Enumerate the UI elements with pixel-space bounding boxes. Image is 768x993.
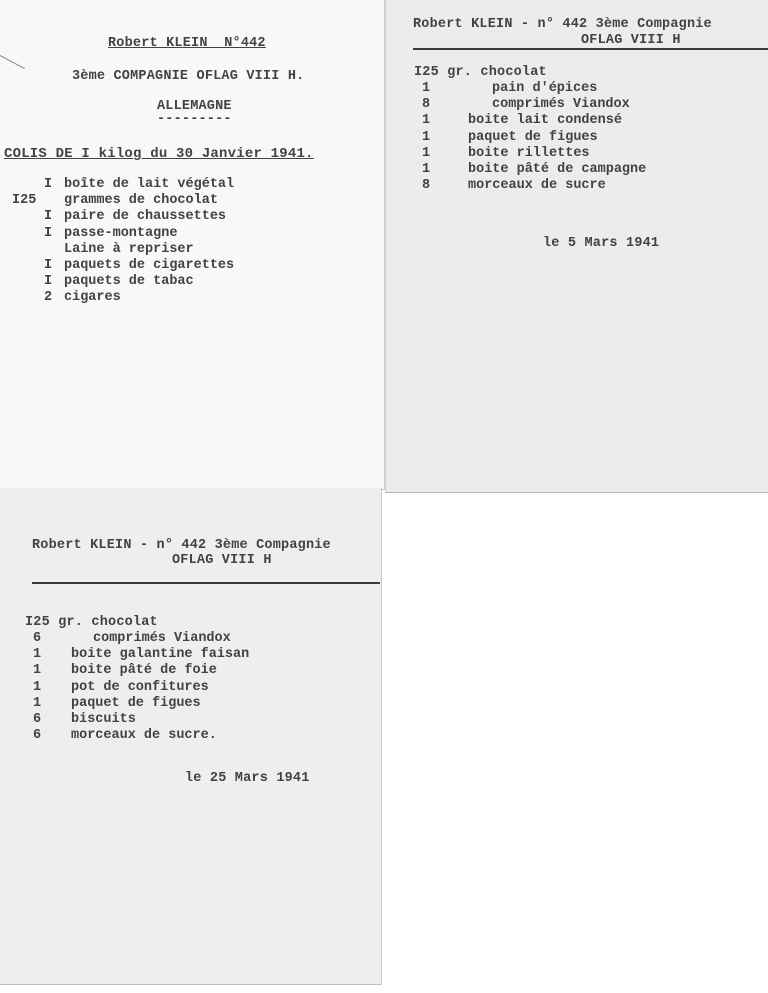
item-quantity: 1 xyxy=(422,81,430,96)
note3-date: le 25 Mars 1941 xyxy=(185,771,310,786)
item-description: boite pâté de foie xyxy=(71,663,217,678)
note2-header-rule xyxy=(413,48,768,50)
item-description: comprimés Viandox xyxy=(93,631,231,646)
item-description: cigares xyxy=(64,290,121,305)
note3-header-line1: Robert KLEIN - n° 442 3ème Compagnie xyxy=(32,538,331,553)
item-quantity: 1 xyxy=(422,146,430,161)
note1-header-company: 3ème COMPAGNIE OFLAG VIII H. xyxy=(72,69,304,84)
note2-first-line: I25 gr. chocolat xyxy=(414,65,547,80)
item-quantity: I xyxy=(44,274,52,289)
list-item: 8comprimés Viandox xyxy=(414,97,754,113)
item-description: boîte de lait végétal xyxy=(64,177,234,192)
item-description: Laine à repriser xyxy=(64,242,194,257)
note3-first-line: I25 gr. chocolat xyxy=(25,615,158,630)
item-quantity: 1 xyxy=(422,162,430,177)
note1-parcel-title: COLIS DE I kilog du 30 Janvier 1941. xyxy=(4,146,314,162)
item-quantity: I xyxy=(44,177,52,192)
item-description: passe-montagne xyxy=(64,226,177,241)
item-quantity: 1 xyxy=(33,663,41,678)
item-description: boite rillettes xyxy=(468,146,590,161)
item-quantity: I xyxy=(44,258,52,273)
item-quantity: 1 xyxy=(422,130,430,145)
item-quantity: I xyxy=(44,209,52,224)
item-quantity: 6 xyxy=(33,712,41,727)
item-quantity: 1 xyxy=(33,680,41,695)
item-description: comprimés Viandox xyxy=(492,97,630,112)
item-quantity: 1 xyxy=(33,696,41,711)
item-description: morceaux de sucre. xyxy=(71,728,217,743)
item-quantity: 6 xyxy=(33,631,41,646)
list-item: 6biscuits xyxy=(25,712,365,728)
note2-header-line1: Robert KLEIN - n° 442 3ème Compagnie xyxy=(413,17,712,32)
note1-item-list: Iboîte de lait végétalI25grammes de choc… xyxy=(12,177,372,307)
item-quantity: I25 xyxy=(12,193,36,208)
list-item: Iboîte de lait végétal xyxy=(12,177,372,193)
item-description: paquets de cigarettes xyxy=(64,258,234,273)
item-description: grammes de chocolat xyxy=(64,193,218,208)
list-item: Ipaquets de cigarettes xyxy=(12,258,372,274)
item-quantity: 8 xyxy=(422,178,430,193)
list-item: 1paquet de figues xyxy=(25,696,365,712)
item-quantity: 8 xyxy=(422,97,430,112)
list-item: 1boite lait condensé xyxy=(414,113,754,129)
list-item: 2cigares xyxy=(12,290,372,306)
list-item: 1boite pâté de foie xyxy=(25,663,365,679)
item-description: paquets de tabac xyxy=(64,274,194,289)
list-item: Ipaire de chaussettes xyxy=(12,209,372,225)
item-quantity: I xyxy=(44,226,52,241)
list-item: 1pot de confitures xyxy=(25,680,365,696)
note2-date: le 5 Mars 1941 xyxy=(543,236,659,251)
list-item: 1pain d'épices xyxy=(414,81,754,97)
item-description: pain d'épices xyxy=(492,81,597,96)
item-quantity: 1 xyxy=(33,647,41,662)
item-description: paquet de figues xyxy=(468,130,598,145)
item-description: boite galantine faisan xyxy=(71,647,249,662)
note-paper-25-mars: Robert KLEIN - n° 442 3ème Compagnie OFL… xyxy=(0,488,382,985)
item-quantity: 6 xyxy=(33,728,41,743)
item-description: boite lait condensé xyxy=(468,113,622,128)
list-item: 1boite pâté de campagne xyxy=(414,162,754,178)
item-description: pot de confitures xyxy=(71,680,209,695)
list-item: 8morceaux de sucre xyxy=(414,178,754,194)
item-description: paquet de figues xyxy=(71,696,201,711)
list-item: 1boite rillettes xyxy=(414,146,754,162)
paper-crease xyxy=(0,55,25,69)
note-paper-january: Robert KLEIN N°442 3ème COMPAGNIE OFLAG … xyxy=(0,0,385,490)
list-item: Laine à repriser xyxy=(12,242,372,258)
note1-header-country-rule: --------- xyxy=(157,112,232,127)
note3-item-list: 6comprimés Viandox1boite galantine faisa… xyxy=(25,631,365,744)
item-description: boite pâté de campagne xyxy=(468,162,646,177)
list-item: Ipaquets de tabac xyxy=(12,274,372,290)
note2-header-line2: OFLAG VIII H xyxy=(581,33,681,48)
list-item: 6morceaux de sucre. xyxy=(25,728,365,744)
item-description: biscuits xyxy=(71,712,136,727)
list-item: I25grammes de chocolat xyxy=(12,193,372,209)
list-item: Ipasse-montagne xyxy=(12,226,372,242)
item-description: morceaux de sucre xyxy=(468,178,606,193)
note2-item-list: 1pain d'épices8comprimés Viandox1boite l… xyxy=(414,81,754,194)
note3-header-line2: OFLAG VIII H xyxy=(172,553,272,568)
note-paper-5-mars: Robert KLEIN - n° 442 3ème Compagnie OFL… xyxy=(385,0,768,493)
item-quantity: 2 xyxy=(44,290,52,305)
note1-header-name: Robert KLEIN N°442 xyxy=(108,36,266,51)
list-item: 6comprimés Viandox xyxy=(25,631,365,647)
note3-header-rule xyxy=(32,582,380,584)
list-item: 1boite galantine faisan xyxy=(25,647,365,663)
item-quantity: 1 xyxy=(422,113,430,128)
item-description: paire de chaussettes xyxy=(64,209,226,224)
list-item: 1paquet de figues xyxy=(414,130,754,146)
